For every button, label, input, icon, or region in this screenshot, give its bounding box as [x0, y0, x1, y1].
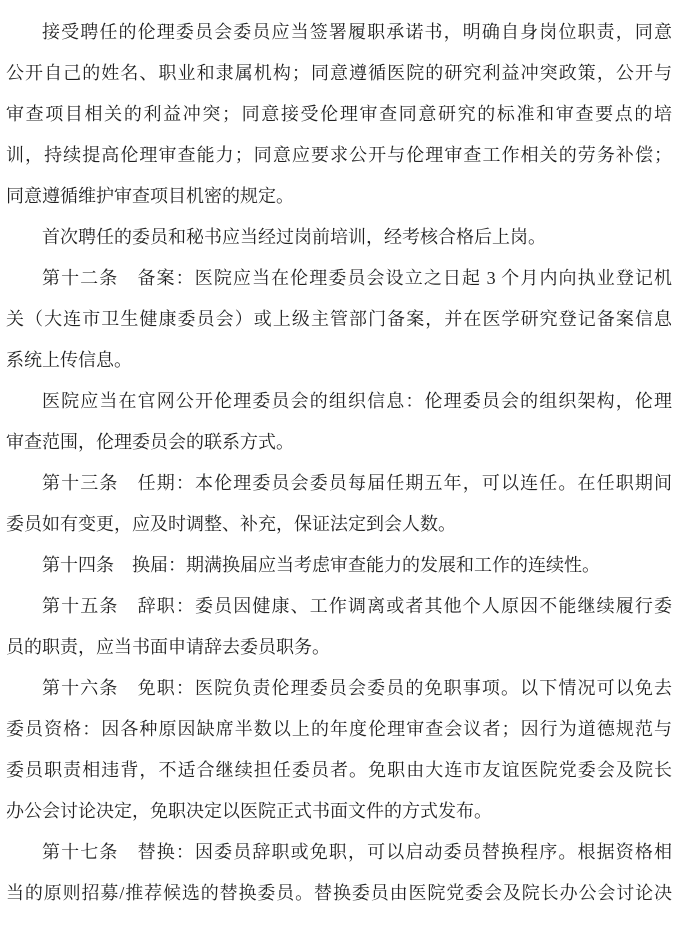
- text-line: 公开自己的姓名、职业和隶属机构；同意遵循医院的研究利益冲突政策，公开与: [6, 53, 672, 94]
- text-line: 第十七条 替换：因委员辞职或免职，可以启动委员替换程序。根据资格相: [6, 832, 672, 873]
- text-line: 第十二条 备案：医院应当在伦理委员会设立之日起 3 个月内向执业登记机: [6, 258, 672, 299]
- text-line: 第十四条 换届：期满换届应当考虑审查能力的发展和工作的连续性。: [6, 545, 672, 586]
- paragraph: 第十五条 辞职：委员因健康、工作调离或者其他个人原因不能继续履行委员的职责，应当…: [6, 586, 672, 668]
- text-line: 当的原则招募/推荐候选的替换委员。替换委员由医院党委会及院长办公会讨论决: [6, 873, 672, 914]
- text-line: 首次聘任的委员和秘书应当经过岗前培训，经考核合格后上岗。: [6, 217, 672, 258]
- paragraph: 第十七条 替换：因委员辞职或免职，可以启动委员替换程序。根据资格相当的原则招募/…: [6, 832, 672, 914]
- text-line: 审查范围，伦理委员会的联系方式。: [6, 422, 672, 463]
- text-line: 接受聘任的伦理委员会委员应当签署履职承诺书，明确自身岗位职责，同意: [6, 12, 672, 53]
- paragraph: 第十六条 免职：医院负责伦理委员会委员的免职事项。以下情况可以免去委员资格：因各…: [6, 668, 672, 832]
- text-line: 审查项目相关的利益冲突；同意接受伦理审查同意研究的标准和审查要点的培: [6, 94, 672, 135]
- document-text: 接受聘任的伦理委员会委员应当签署履职承诺书，明确自身岗位职责，同意公开自己的姓名…: [6, 12, 672, 914]
- text-line: 第十五条 辞职：委员因健康、工作调离或者其他个人原因不能继续履行委: [6, 586, 672, 627]
- text-line: 关（大连市卫生健康委员会）或上级主管部门备案，并在医学研究登记备案信息: [6, 299, 672, 340]
- text-line: 系统上传信息。: [6, 340, 672, 381]
- text-line: 同意遵循维护审查项目机密的规定。: [6, 176, 672, 217]
- paragraph: 第十二条 备案：医院应当在伦理委员会设立之日起 3 个月内向执业登记机关（大连市…: [6, 258, 672, 381]
- paragraph: 接受聘任的伦理委员会委员应当签署履职承诺书，明确自身岗位职责，同意公开自己的姓名…: [6, 12, 672, 217]
- paragraph: 第十四条 换届：期满换届应当考虑审查能力的发展和工作的连续性。: [6, 545, 672, 586]
- text-line: 委员职责相违背，不适合继续担任委员者。免职由大连市友谊医院党委会及院长: [6, 750, 672, 791]
- text-line: 办公会讨论决定，免职决定以医院正式书面文件的方式发布。: [6, 791, 672, 832]
- paragraph: 首次聘任的委员和秘书应当经过岗前培训，经考核合格后上岗。: [6, 217, 672, 258]
- text-line: 委员如有变更，应及时调整、补充，保证法定到会人数。: [6, 504, 672, 545]
- text-line: 医院应当在官网公开伦理委员会的组织信息：伦理委员会的组织架构，伦理: [6, 381, 672, 422]
- text-line: 训，持续提高伦理审查能力；同意应要求公开与伦理审查工作相关的劳务补偿；: [6, 135, 672, 176]
- text-line: 第十六条 免职：医院负责伦理委员会委员的免职事项。以下情况可以免去: [6, 668, 672, 709]
- paragraph: 第十三条 任期：本伦理委员会委员每届任期五年，可以连任。在任职期间委员如有变更，…: [6, 463, 672, 545]
- text-line: 委员资格：因各种原因缺席半数以上的年度伦理审查会议者；因行为道德规范与: [6, 709, 672, 750]
- paragraph: 医院应当在官网公开伦理委员会的组织信息：伦理委员会的组织架构，伦理审查范围，伦理…: [6, 381, 672, 463]
- document-page: 接受聘任的伦理委员会委员应当签署履职承诺书，明确自身岗位职责，同意公开自己的姓名…: [0, 0, 680, 933]
- text-line: 第十三条 任期：本伦理委员会委员每届任期五年，可以连任。在任职期间: [6, 463, 672, 504]
- text-line: 员的职责，应当书面申请辞去委员职务。: [6, 627, 672, 668]
